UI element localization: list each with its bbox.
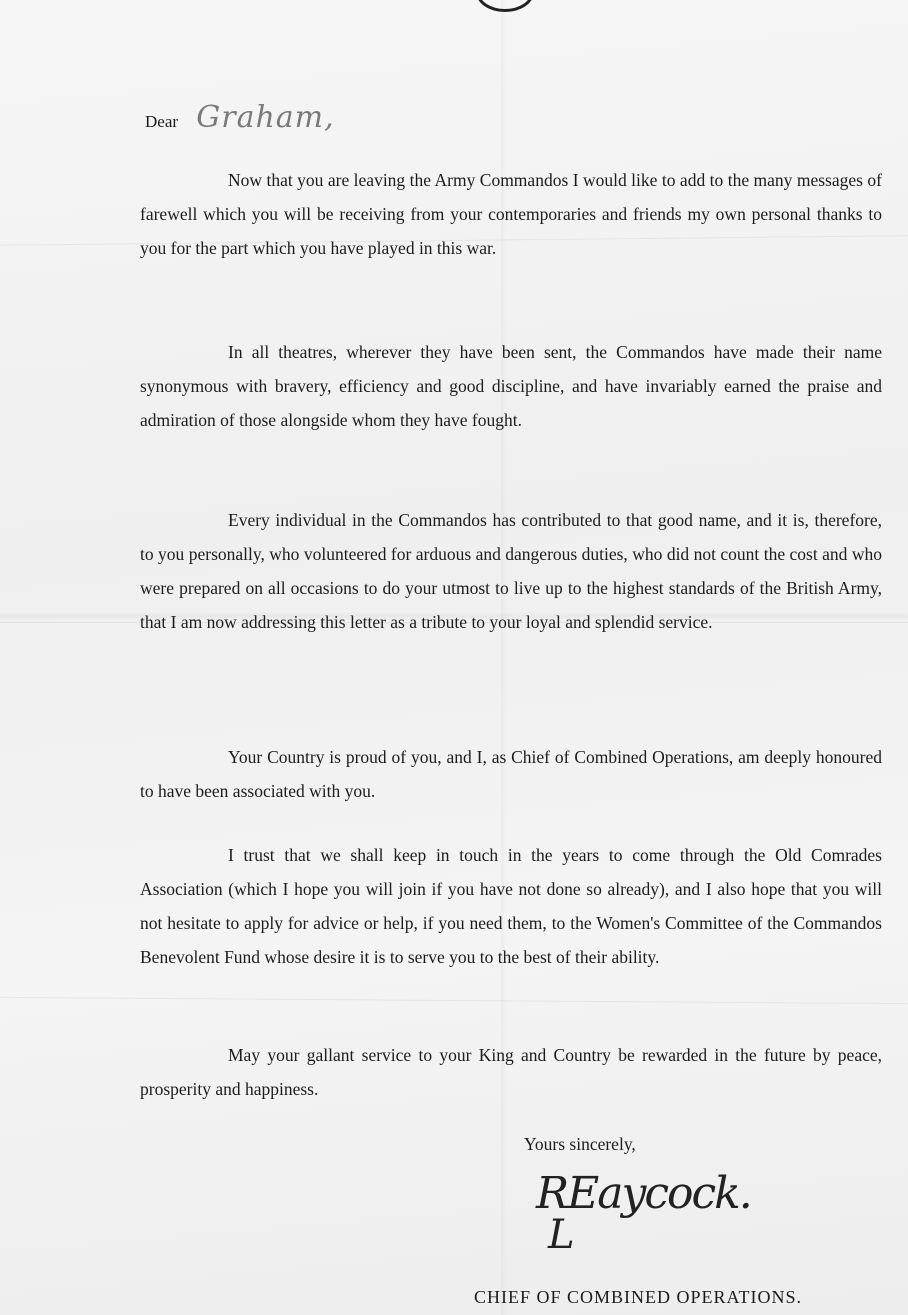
paragraph-individual: Every individual in the Commandos has co… — [140, 503, 882, 639]
letter-paper: Dear Graham, Now that you are leaving th… — [0, 0, 908, 1315]
paragraph-farewell: Now that you are leaving the Army Comman… — [140, 163, 882, 265]
signatory-title: CHIEF OF COMBINED OPERATIONS. — [474, 1287, 802, 1308]
paper-crease — [0, 997, 908, 1004]
handwritten-recipient-name: Graham, — [196, 100, 334, 135]
closing-line: Yours sincerely, — [524, 1134, 636, 1155]
paragraph-gallant-service: May your gallant service to your King an… — [140, 1038, 882, 1106]
paragraph-theatres: In all theatres, wherever they have been… — [140, 335, 882, 437]
letterhead-seal-icon — [476, 0, 534, 12]
paragraph-country-proud: Your Country is proud of you, and I, as … — [140, 740, 882, 808]
signature-surname: aycock. — [597, 1168, 751, 1219]
salutation: Dear Graham, — [145, 100, 335, 135]
signature-flourish: L — [548, 1212, 575, 1258]
paragraph-keep-in-touch: I trust that we shall keep in touch in t… — [140, 838, 882, 974]
salutation-dear: Dear — [145, 112, 178, 131]
